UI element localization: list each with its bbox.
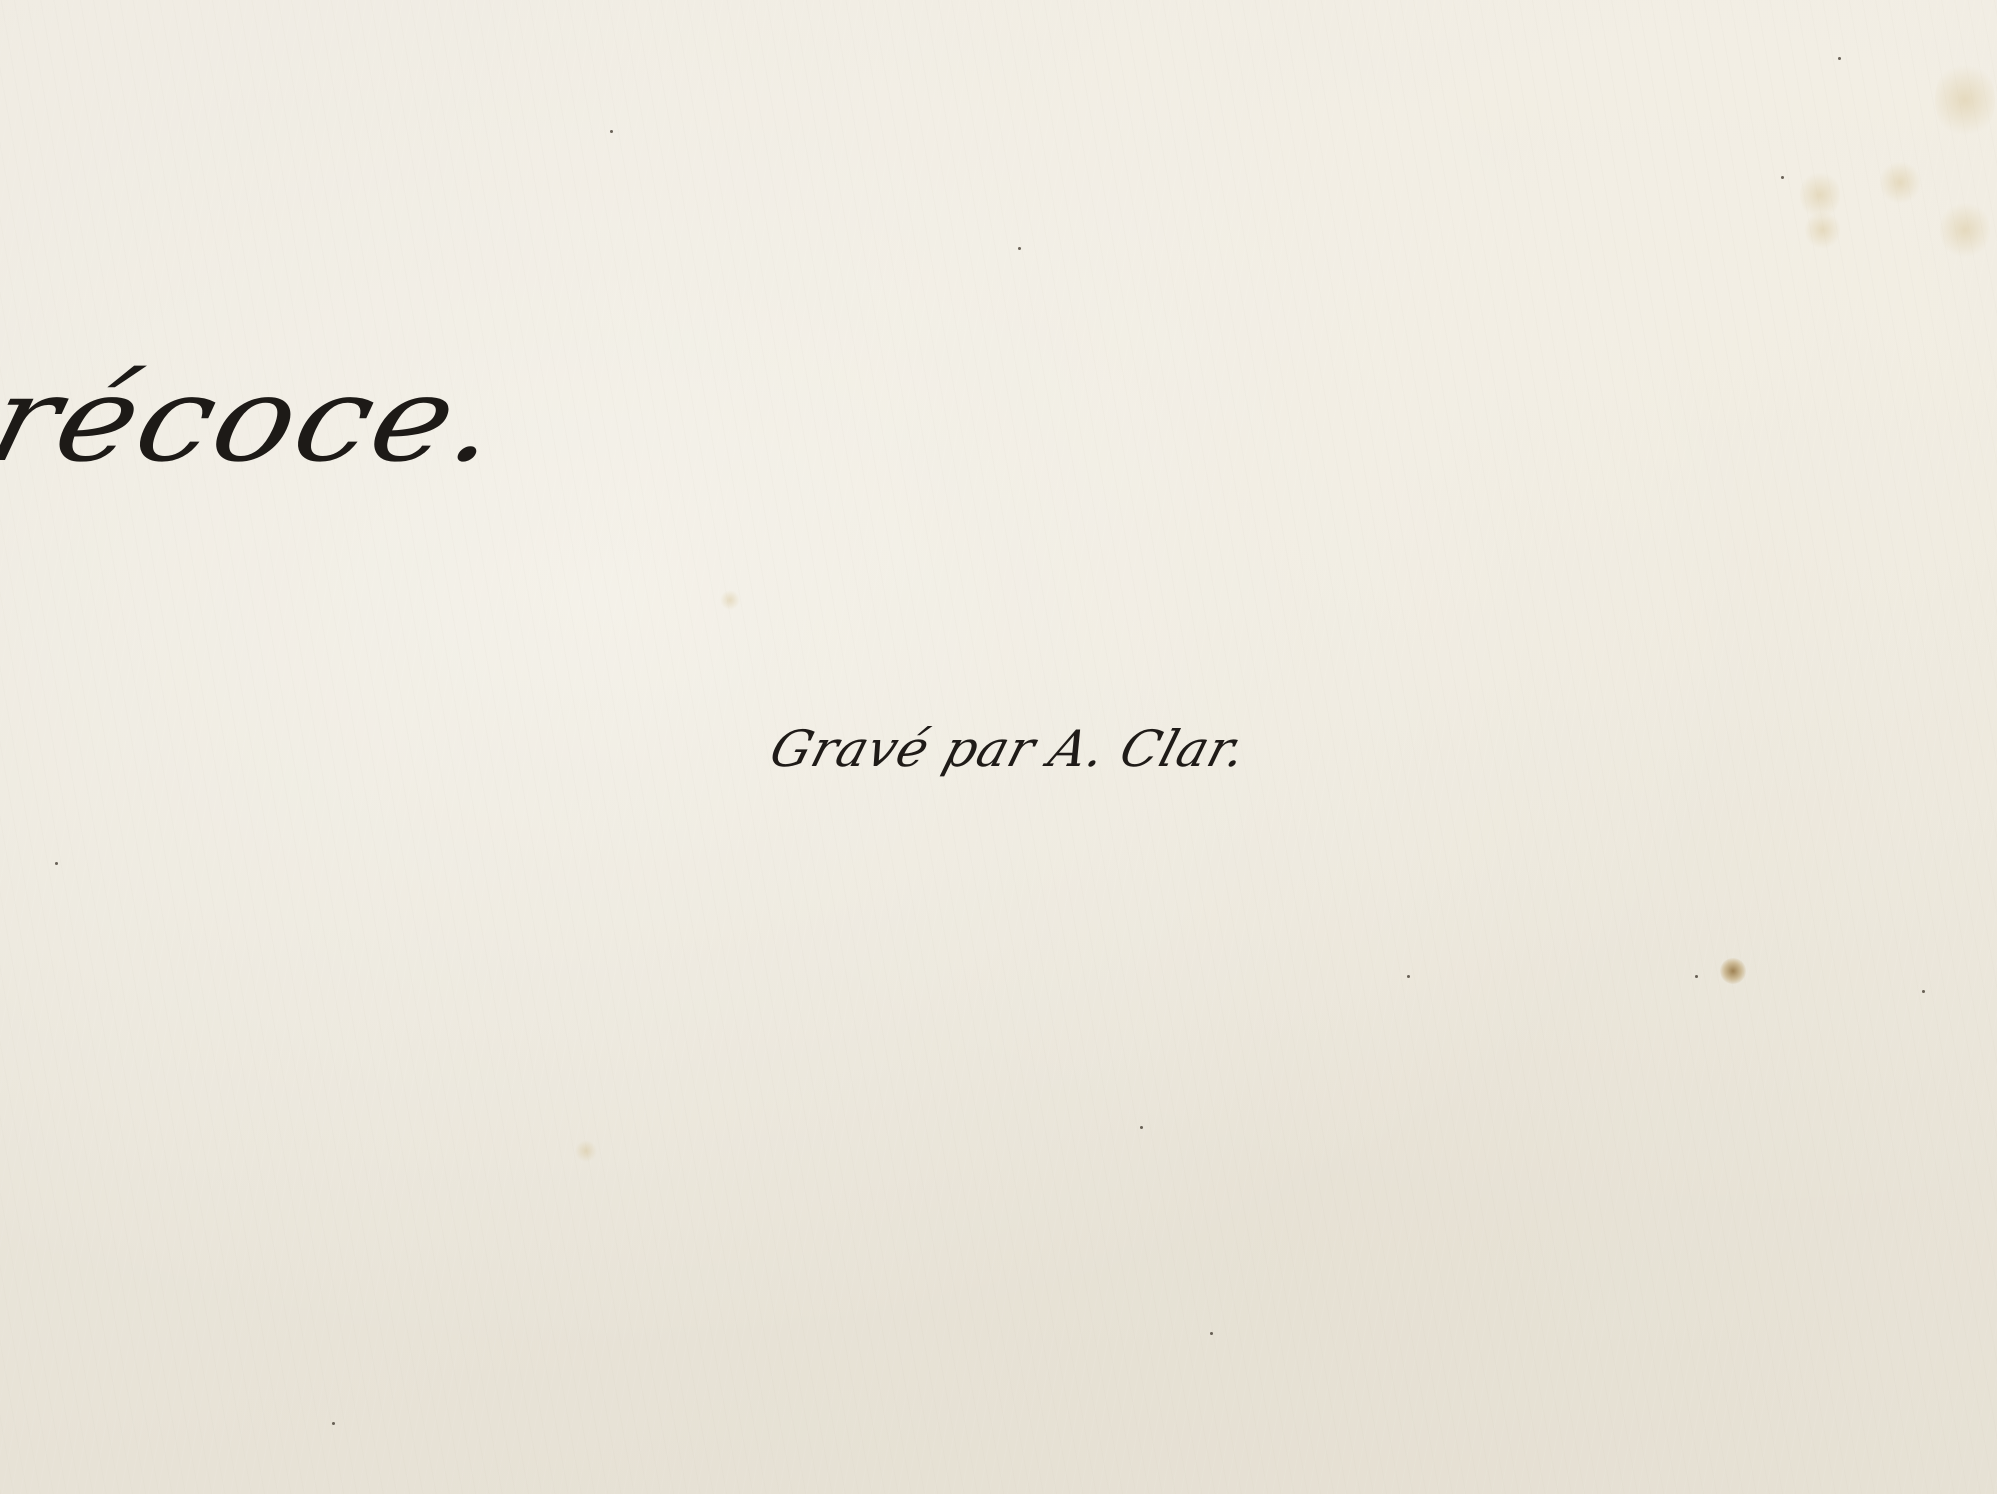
paper-speck bbox=[1018, 247, 1021, 250]
engraver-credit: Gravé par A. Clar. bbox=[765, 724, 1253, 774]
paper-speck bbox=[610, 130, 613, 133]
foxing-spot bbox=[1880, 160, 1920, 205]
paper-speck bbox=[1210, 1332, 1213, 1335]
paper-stain bbox=[1720, 958, 1746, 984]
foxing-spot bbox=[1805, 210, 1840, 250]
paper-speck bbox=[1140, 1126, 1143, 1129]
paper-speck bbox=[1922, 990, 1925, 993]
paper-speck bbox=[1838, 57, 1841, 60]
paper-speck bbox=[55, 862, 58, 865]
foxing-spot bbox=[1940, 200, 1990, 260]
paper-speck bbox=[1407, 975, 1410, 978]
paper-speck bbox=[1695, 975, 1698, 978]
paper-speck bbox=[1781, 176, 1784, 179]
foxing-spot bbox=[720, 590, 740, 610]
paper-speck bbox=[332, 1422, 335, 1425]
foxing-spot bbox=[1935, 60, 1995, 140]
foxing-spot bbox=[575, 1140, 597, 1162]
plate-title-fragment: récoce. bbox=[0, 360, 514, 478]
